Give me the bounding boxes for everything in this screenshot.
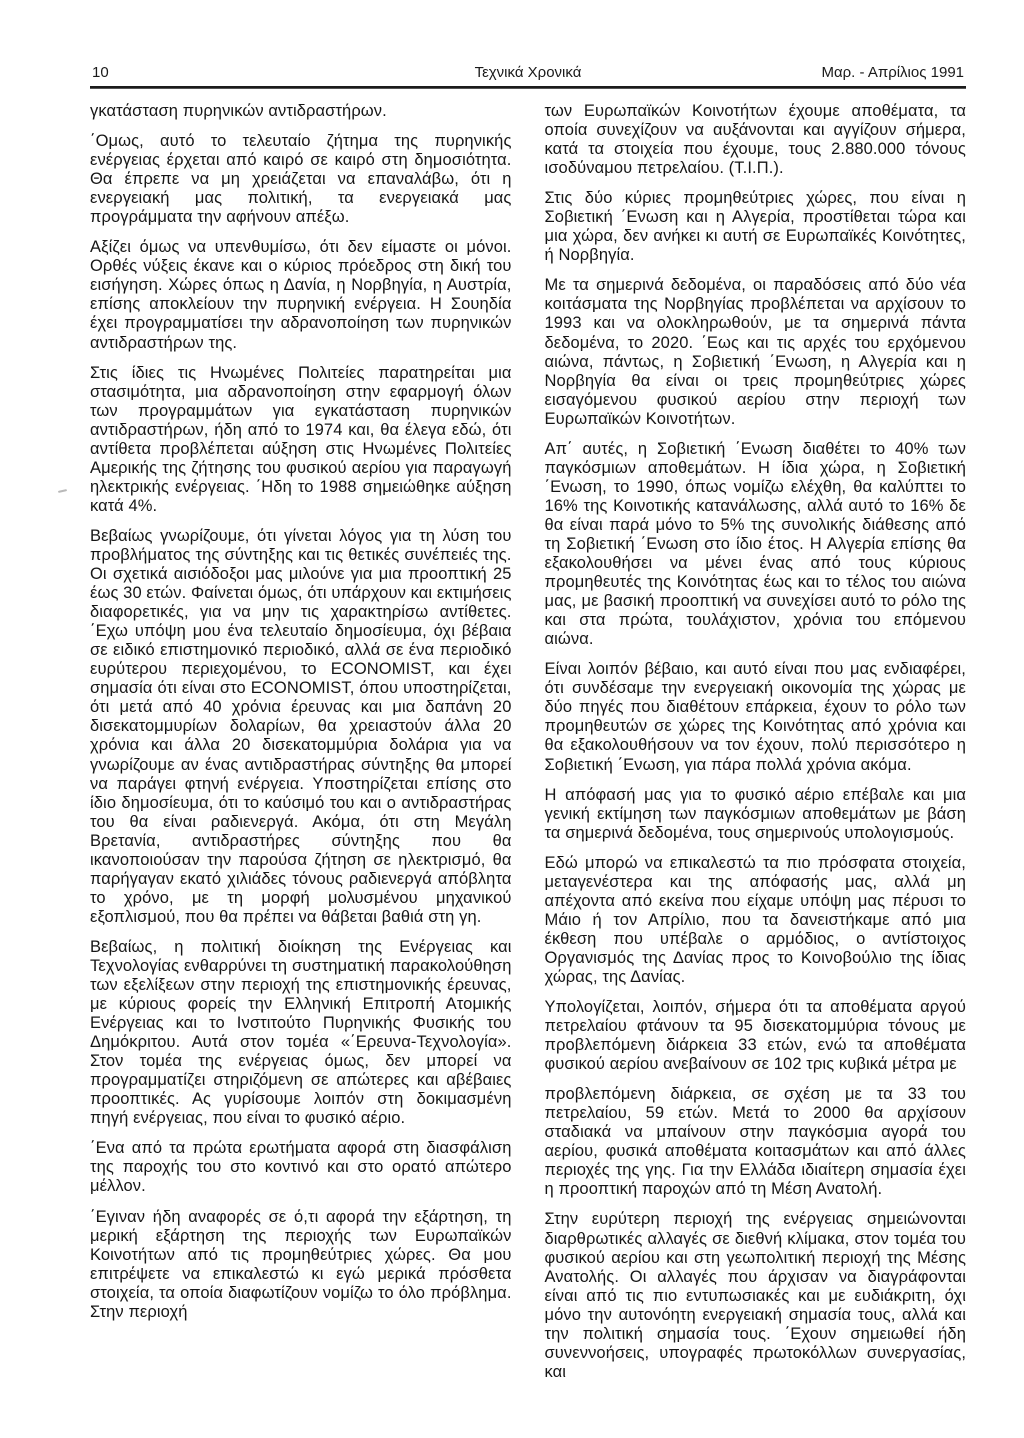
paragraph: ΄Εγιναν ήδη αναφορές σε ό,τι αφορά την ε… [90, 1208, 512, 1322]
paragraph: Στις ίδιες τις Ηνωμένες Πολιτείες παρατη… [90, 364, 512, 516]
header-divider [90, 86, 966, 89]
issue-date: Μαρ. - Απρίλιος 1991 [746, 64, 964, 81]
paragraph: των Ευρωπαϊκών Κοινοτήτων έχουμε αποθέμα… [545, 102, 967, 178]
paragraph: ΄Ενα από τα πρώτα ερωτήματα αφορά στη δι… [90, 1139, 512, 1196]
journal-page: 10 Τεχνικά Χρονικά Μαρ. - Απρίλιος 1991 … [90, 64, 966, 1393]
right-column: των Ευρωπαϊκών Κοινοτήτων έχουμε αποθέμα… [545, 102, 967, 1393]
article-body: γκατάσταση πυρηνικών αντιδραστήρων. ΄Ομω… [90, 102, 966, 1393]
paragraph: ΄Ομως, αυτό το τελευταίο ζήτημα της πυρη… [90, 132, 512, 227]
scan-artifact [58, 489, 67, 493]
paragraph: Στην ευρύτερη περιοχή της ενέργειας σημε… [545, 1210, 967, 1381]
journal-title: Τεχνικά Χρονικά [310, 64, 746, 81]
paragraph: Στις δύο κύριες προμηθεύτριες χώρες, που… [545, 189, 967, 265]
left-column: γκατάσταση πυρηνικών αντιδραστήρων. ΄Ομω… [90, 102, 512, 1393]
paragraph: Είναι λοιπόν βέβαιο, και αυτό είναι που … [545, 660, 967, 774]
paragraph: Βεβαίως γνωρίζουμε, ότι γίνεται λόγος γι… [90, 527, 512, 927]
page-number: 10 [92, 64, 310, 81]
paragraph: Με τα σημερινά δεδομένα, οι παραδόσεις α… [545, 276, 967, 428]
paragraph: Απ΄ αυτές, η Σοβιετική ΄Ενωση διαθέτει τ… [545, 440, 967, 650]
paragraph: προβλεπόμενη διάρκεια, σε σχέση με τα 33… [545, 1085, 967, 1199]
paragraph: γκατάσταση πυρηνικών αντιδραστήρων. [90, 102, 512, 121]
paragraph: Η απόφασή μας για το φυσικό αέριο επέβαλ… [545, 786, 967, 843]
paragraph: Υπολογίζεται, λοιπόν, σήμερα ότι τα αποθ… [545, 998, 967, 1074]
paragraph: Αξίζει όμως να υπενθυμίσω, ότι δεν είμασ… [90, 238, 512, 352]
page-header: 10 Τεχνικά Χρονικά Μαρ. - Απρίλιος 1991 [90, 64, 966, 86]
paragraph: Βεβαίως, η πολιτική διοίκηση της Ενέργει… [90, 938, 512, 1128]
paragraph: Εδώ μπορώ να επικαλεστώ τα πιο πρόσφατα … [545, 854, 967, 987]
